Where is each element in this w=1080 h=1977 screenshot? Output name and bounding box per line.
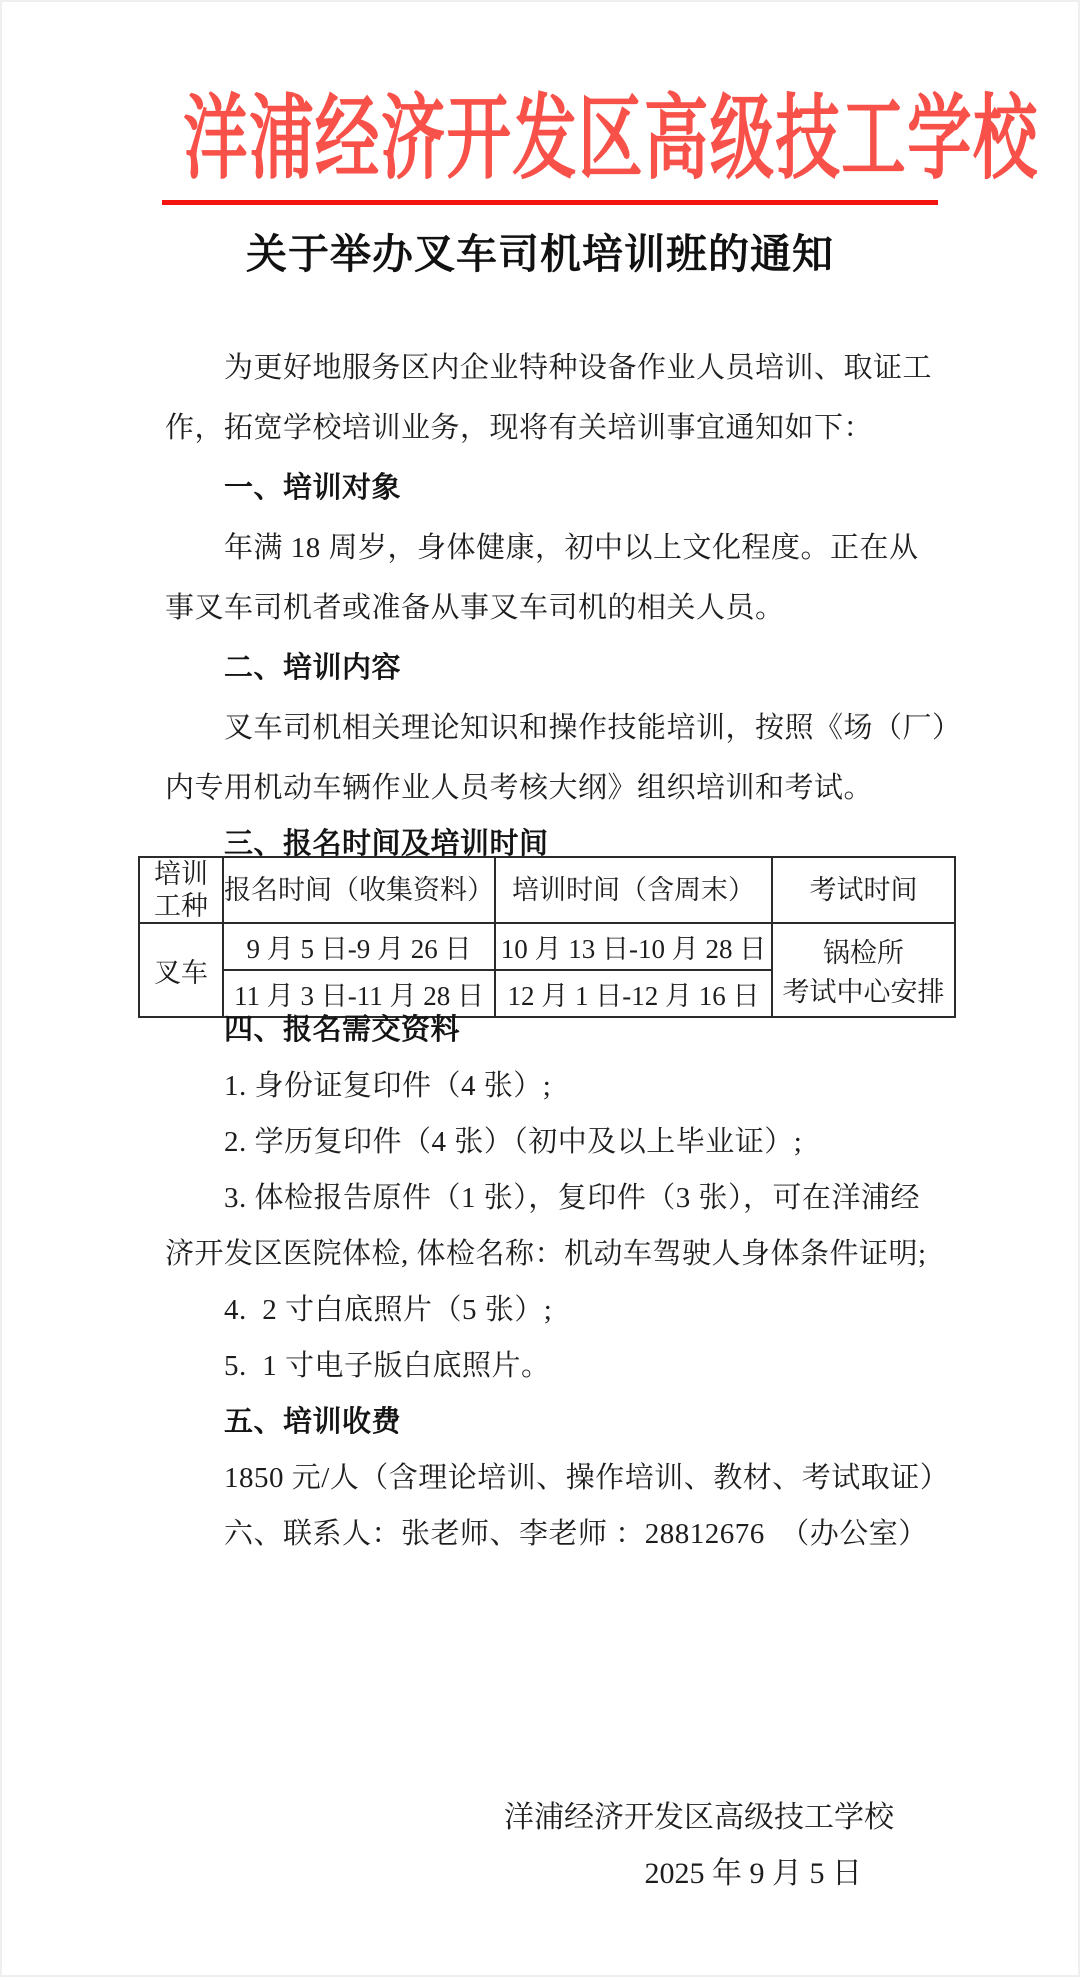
section5-heading: 五、培训收费 [165,1394,955,1450]
notice-document-page: 洋浦经济开发区高级技工学校 关于举办叉车司机培训班的通知 为更好地服务区内企业特… [0,0,1080,1977]
document-title: 关于举办叉车司机培训班的通知 [0,226,1080,282]
requirements-block: 四、报名需交资料 1. 身份证复印件（4 张）; 2. 学历复印件（4 张）（初… [165,1002,955,1562]
section2-line-1: 叉车司机相关理论知识和操作技能培训，按照《场（厂） [165,698,955,758]
header-signup-time: 报名时间（收集资料） [223,857,495,923]
fee-line: 1850 元/人（含理论培训、操作培训、教材、考试取证） [165,1450,955,1506]
header-trade-line1: 培训 [154,859,208,889]
signature-date: 2025 年 9 月 5 日 [165,1846,862,1902]
requirement-item-2: 2. 学历复印件（4 张）（初中及以上毕业证）; [165,1114,955,1170]
table-header-row: 培训工种 报名时间（收集资料） 培训时间（含周末） 考试时间 [139,857,955,923]
section4-heading: 四、报名需交资料 [165,1002,955,1058]
header-training-time: 培训时间（含周末） [495,857,772,923]
section1-line-2: 事叉车司机者或准备从事叉车司机的相关人员。 [165,578,955,638]
signature-organization: 洋浦经济开发区高级技工学校 [165,1790,894,1846]
body-text-block: 为更好地服务区内企业特种设备作业人员培训、取证工 作，拓宽学校培训业务，现将有关… [165,338,955,870]
banner-underline-rule [162,200,938,205]
cell-exam-line1: 锅检所 [823,938,904,968]
contacts-line: 六、联系人：张老师、李老师 ：28812676 （办公室） [165,1506,955,1562]
section1-heading: 一、培训对象 [165,458,955,518]
intro-line-2: 作，拓宽学校培训业务，现将有关培训事宜通知如下： [165,398,955,458]
requirement-item-1: 1. 身份证复印件（4 张）; [165,1058,955,1114]
header-trade-line2: 工种 [154,891,208,921]
table-data-row-1: 叉车 9 月 5 日-9 月 26 日 10 月 13 日-10 月 28 日 … [139,923,955,970]
requirement-item-4: 4. 2 寸白底照片（5 张）; [165,1282,955,1338]
section2-line-2: 内专用机动车辆作业人员考核大纲》组织培训和考试。 [165,758,955,818]
requirement-item-3-line2: 济开发区医院体检, 体检名称：机动车驾驶人身体条件证明; [165,1226,955,1282]
school-name-text: 洋浦经济开发区高级技工学校 [183,84,1038,194]
requirement-item-5: 5. 1 寸电子版白底照片。 [165,1338,955,1394]
cell-signup-1: 9 月 5 日-9 月 26 日 [223,923,495,970]
header-trade-type: 培训工种 [139,857,223,923]
school-name-banner: 洋浦经济开发区高级技工学校 [0,84,1080,202]
intro-line-1: 为更好地服务区内企业特种设备作业人员培训、取证工 [165,338,955,398]
section2-heading: 二、培训内容 [165,638,955,698]
cell-training-1: 10 月 13 日-10 月 28 日 [495,923,772,970]
header-exam-time: 考试时间 [772,857,955,923]
section1-line-1: 年满 18 周岁，身体健康，初中以上文化程度。正在从 [165,518,955,578]
training-schedule-table: 培训工种 报名时间（收集资料） 培训时间（含周末） 考试时间 叉车 9 月 5 … [138,856,956,1018]
requirement-item-3-line1: 3. 体检报告原件（1 张），复印件（3 张），可在洋浦经 [165,1170,955,1226]
